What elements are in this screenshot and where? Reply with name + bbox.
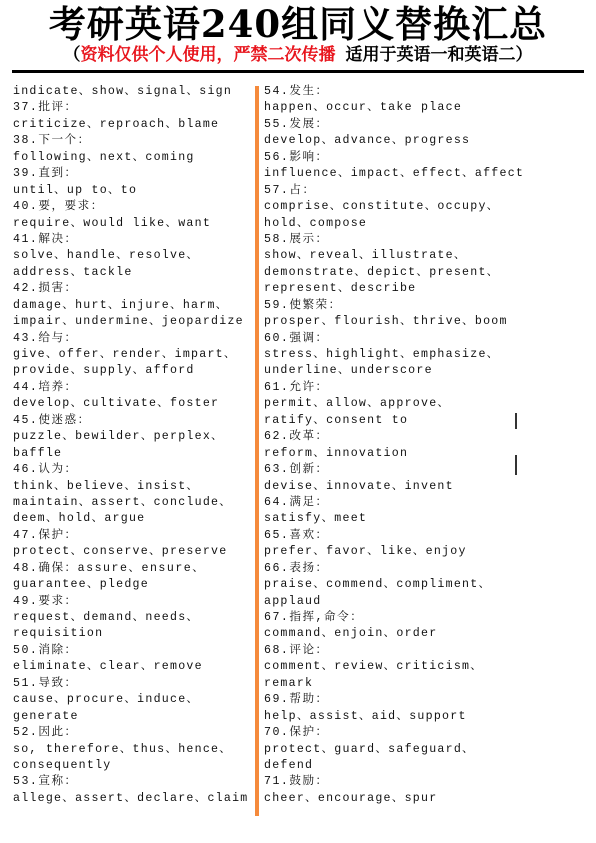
entry-heading: 38.下一个： [13, 133, 253, 149]
entry-heading: 37.批评： [13, 100, 253, 116]
left-column: indicate、show、signal、sign37.批评：criticize… [13, 84, 253, 807]
synonym-list: consequently [13, 758, 253, 774]
entry-heading: 63.创新： [264, 462, 534, 478]
synonym-list: develop、advance、progress [264, 133, 534, 149]
right-column: 54.发生：happen、occur、take place55.发展：devel… [264, 84, 534, 807]
synonym-list: allege、assert、declare、claim [13, 791, 253, 807]
page-title: 考研英语240组同义替换汇总 [0, 4, 596, 44]
entry-heading: 65.喜欢： [264, 528, 534, 544]
synonym-list: cause、procure、induce、 [13, 692, 253, 708]
synonym-list: underline、underscore [264, 363, 534, 379]
entry-heading: 53.宣称： [13, 774, 253, 790]
header-rule [12, 70, 584, 73]
synonym-list: hold、compose [264, 216, 534, 232]
entry-heading: 60.强调： [264, 331, 534, 347]
synonym-list: reform、innovation [264, 446, 534, 462]
entry-heading: 43.给与： [13, 331, 253, 347]
synonym-list: criticize、reproach、blame [13, 117, 253, 133]
synonym-list: defend [264, 758, 534, 774]
synonym-list: praise、commend、compliment、 [264, 577, 534, 593]
synonym-list: puzzle、bewilder、perplex、 [13, 429, 253, 445]
synonym-list: provide、supply、afford [13, 363, 253, 379]
margin-artifact [515, 413, 517, 429]
synonym-list: protect、guard、safeguard、 [264, 742, 534, 758]
entry-heading: 45.使迷惑： [13, 413, 253, 429]
synonym-list: baffle [13, 446, 253, 462]
entry-heading: 70.保护： [264, 725, 534, 741]
synonym-list: think、believe、insist、 [13, 479, 253, 495]
entry-heading: 68.评论： [264, 643, 534, 659]
synonym-list: permit、allow、approve、 [264, 396, 534, 412]
synonym-list: following、next、coming [13, 150, 253, 166]
synonym-list: command、enjoin、order [264, 626, 534, 642]
entry-heading: 61.允许： [264, 380, 534, 396]
entry-heading: 42.损害： [13, 281, 253, 297]
synonym-list: maintain、assert、conclude、 [13, 495, 253, 511]
synonym-list: comment、review、criticism、 [264, 659, 534, 675]
synonym-list: prefer、favor、like、enjoy [264, 544, 534, 560]
entry-heading: 39.直到： [13, 166, 253, 182]
synonym-list: develop、cultivate、foster [13, 396, 253, 412]
usage-warning: 资料仅供个人使用，严禁二次传播 [81, 45, 336, 65]
entry-heading: 47.保护： [13, 528, 253, 544]
entry-heading: 49.要求： [13, 594, 253, 610]
entry-heading: 44.培养： [13, 380, 253, 396]
entry-heading: 46.认为： [13, 462, 253, 478]
applicability-note: 适用于英语一和英语二） [346, 45, 533, 65]
synonym-list: ratify、consent to [264, 413, 534, 429]
synonym-list: show、reveal、illustrate、 [264, 248, 534, 264]
synonym-list: until、up to、to [13, 183, 253, 199]
entry-heading: 54.发生： [264, 84, 534, 100]
synonym-list: so, therefore、thus、hence、 [13, 742, 253, 758]
synonym-list: solve、handle、resolve、 [13, 248, 253, 264]
synonym-list: demonstrate、depict、present、 [264, 265, 534, 281]
entry-heading: 58.展示： [264, 232, 534, 248]
synonym-list: remark [264, 676, 534, 692]
column-divider [255, 86, 259, 816]
synonym-list: requisition [13, 626, 253, 642]
synonym-list: applaud [264, 594, 534, 610]
entry-heading: 64.满足： [264, 495, 534, 511]
synonym-list: give、offer、render、impart、 [13, 347, 253, 363]
entry-heading: 41.解决： [13, 232, 253, 248]
synonym-list: cheer、encourage、spur [264, 791, 534, 807]
entry-heading: 69.帮助： [264, 692, 534, 708]
synonym-list: prosper、flourish、thrive、boom [264, 314, 534, 330]
entry-heading: 66.表扬： [264, 561, 534, 577]
entry-heading: 71.鼓励： [264, 774, 534, 790]
synonym-list: guarantee、pledge [13, 577, 253, 593]
entry-heading: 67.指挥,命令： [264, 610, 534, 626]
synonym-list: satisfy、meet [264, 511, 534, 527]
entry-heading: 52.因此： [13, 725, 253, 741]
entry-heading: 40.要，要求： [13, 199, 253, 215]
synonym-list: request、demand、needs、 [13, 610, 253, 626]
synonym-list: generate [13, 709, 253, 725]
page-subtitle: （资料仅供个人使用，严禁二次传播适用于英语一和英语二） [0, 45, 596, 65]
synonym-list: require、would like、want [13, 216, 253, 232]
entry-heading: 56.影响： [264, 150, 534, 166]
entry-heading: 48.确保：assure、ensure、 [13, 561, 253, 577]
synonym-list: comprise、constitute、occupy、 [264, 199, 534, 215]
entry-heading: 51.导致： [13, 676, 253, 692]
synonym-list: address、tackle [13, 265, 253, 281]
entry-heading: 62.改革： [264, 429, 534, 445]
synonym-list: protect、conserve、preserve [13, 544, 253, 560]
entry-heading: 59.使繁荣： [264, 298, 534, 314]
synonym-list: stress、highlight、emphasize、 [264, 347, 534, 363]
synonym-list: eliminate、clear、remove [13, 659, 253, 675]
margin-artifact [515, 455, 517, 475]
synonym-list: happen、occur、take place [264, 100, 534, 116]
synonym-list: influence、impact、effect、affect [264, 166, 534, 182]
entry-heading: 55.发展： [264, 117, 534, 133]
synonym-list: represent、describe [264, 281, 534, 297]
entry-heading: 50.消除： [13, 643, 253, 659]
synonym-list: help、assist、aid、support [264, 709, 534, 725]
synonym-list: deem、hold、argue [13, 511, 253, 527]
synonym-list: devise、innovate、invent [264, 479, 534, 495]
entry-heading: 57.占： [264, 183, 534, 199]
synonym-list: impair、undermine、jeopardize [13, 314, 253, 330]
synonym-list: indicate、show、signal、sign [13, 84, 253, 100]
synonym-list: damage、hurt、injure、harm、 [13, 298, 253, 314]
subtitle-open-paren: （ [64, 45, 81, 65]
